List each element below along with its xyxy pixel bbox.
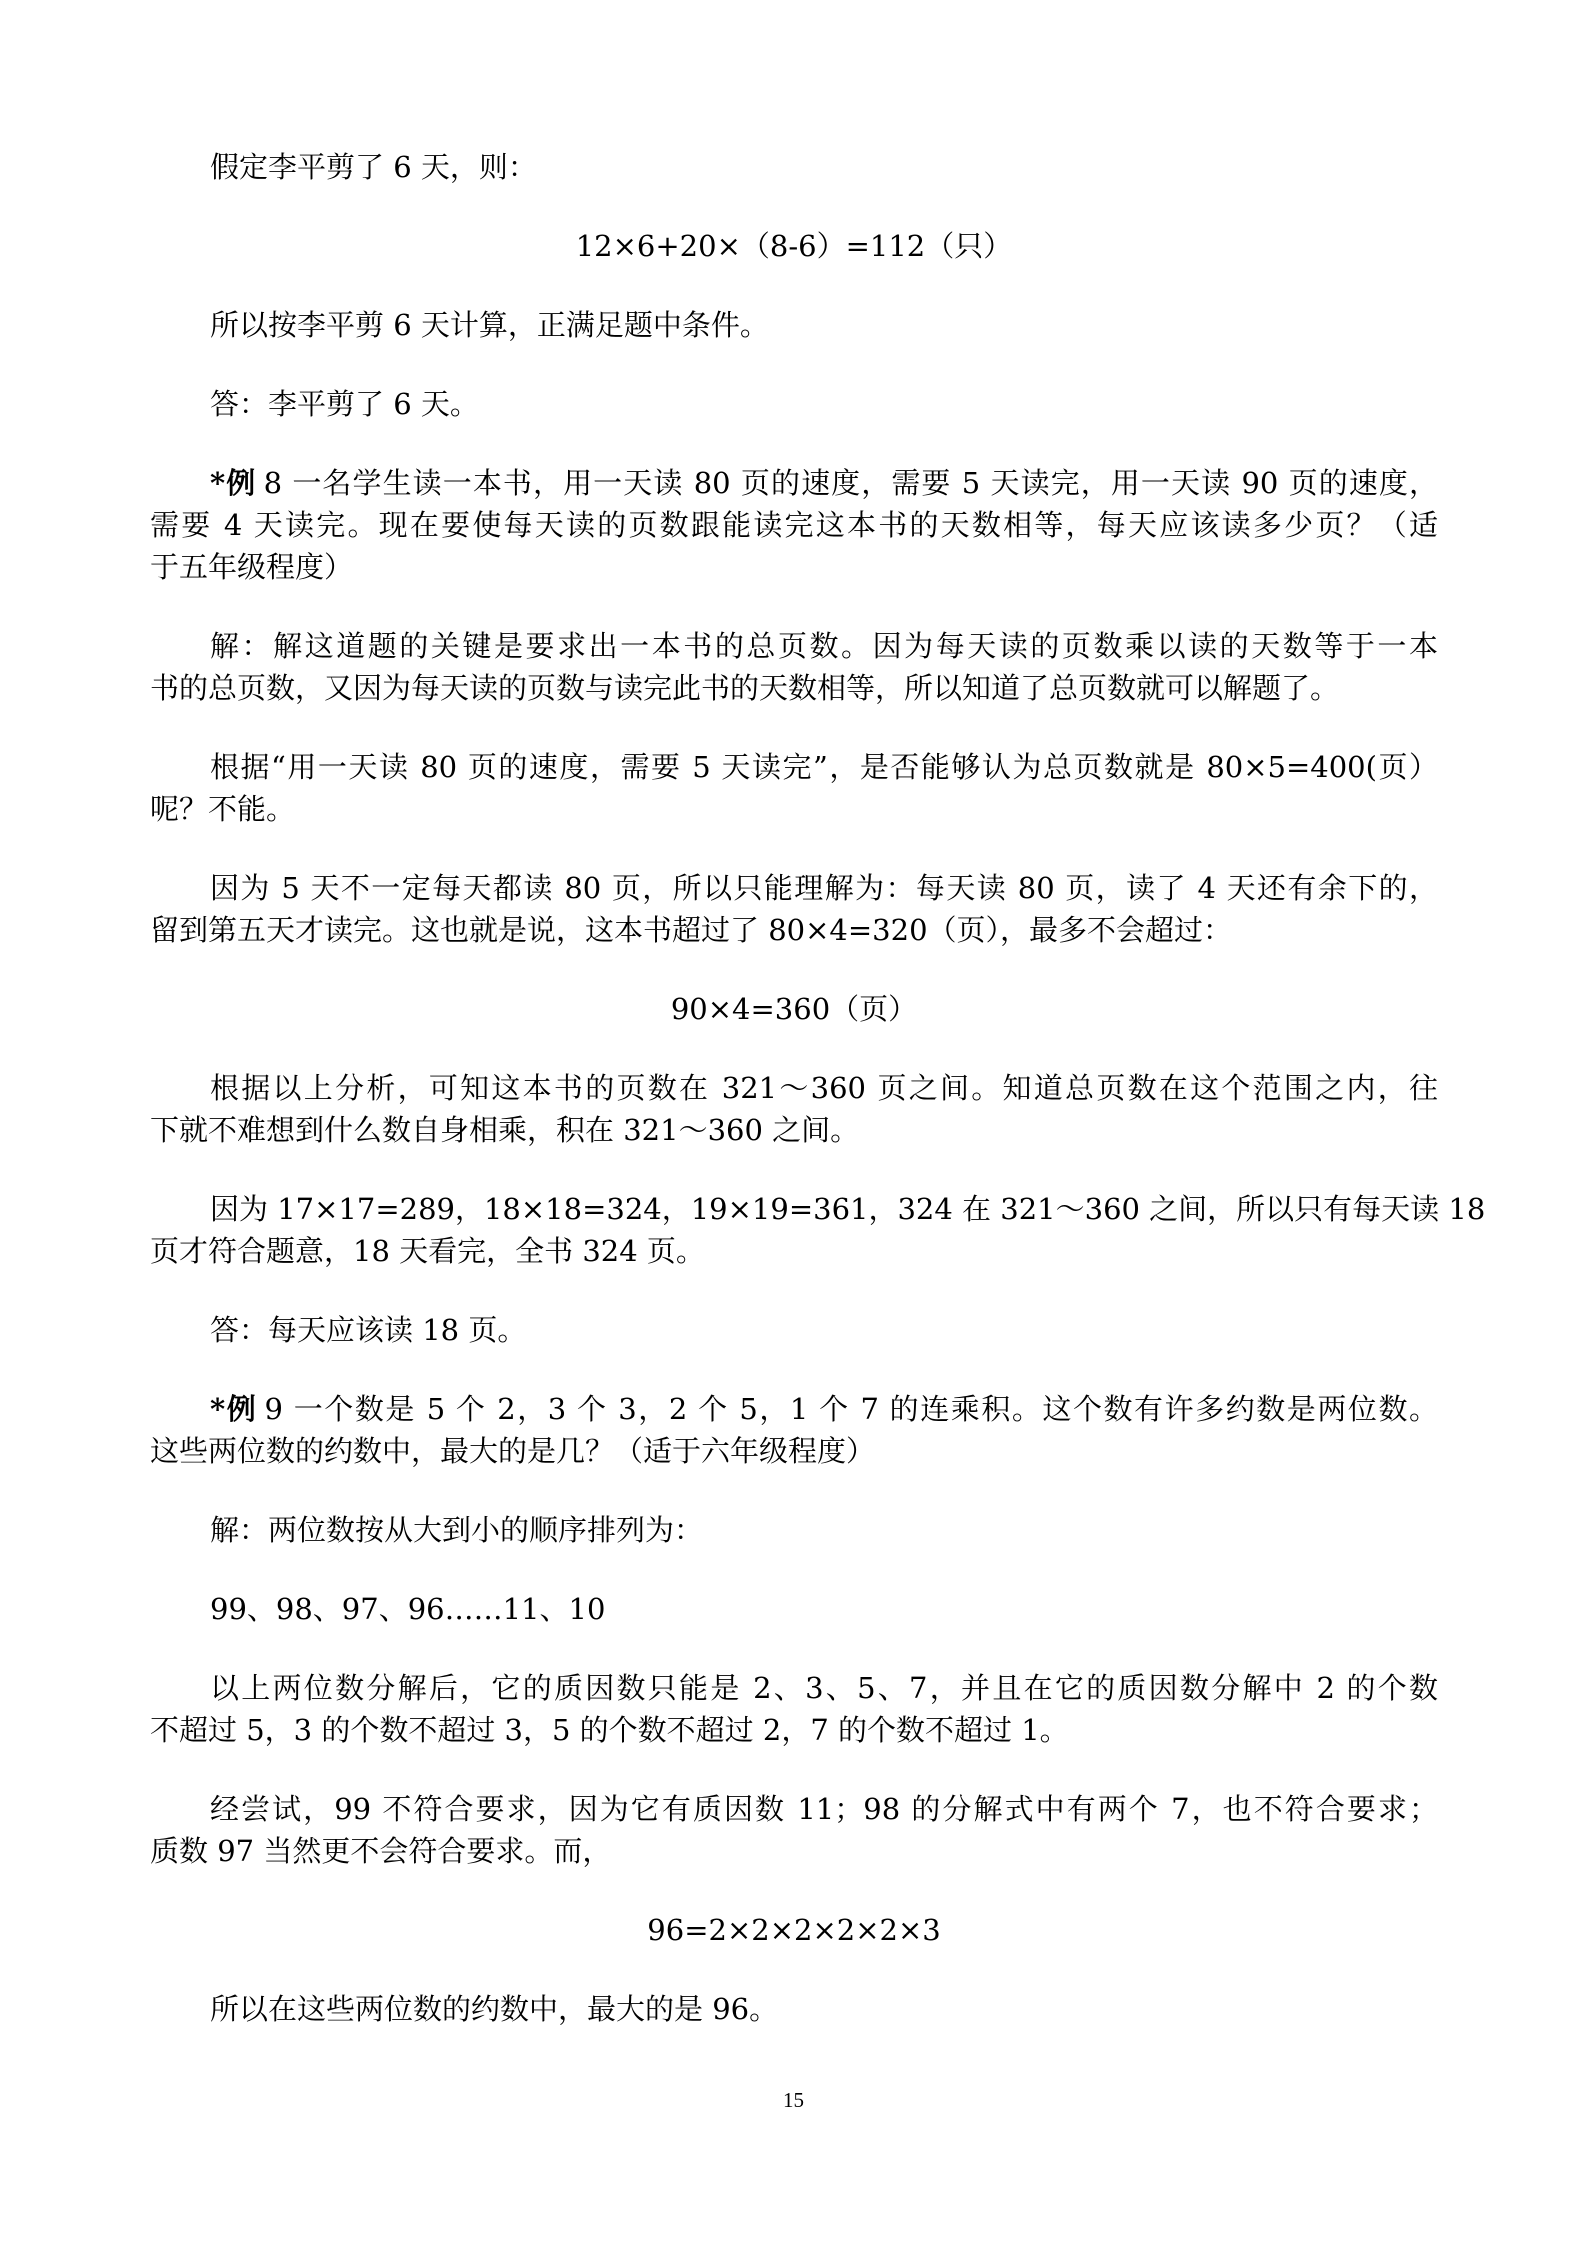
- paragraph: 所以按李平剪 6 天计算，正满足题中条件。: [150, 304, 1438, 346]
- example-label: *例: [210, 1392, 257, 1426]
- text-line: 假定李平剪了 6 天，则：: [150, 146, 1438, 188]
- text-line: 99、98、97、96……11、10: [150, 1588, 1438, 1630]
- paragraph: 经尝试，99 不符合要求，因为它有质因数 11；98 的分解式中有两个 7，也不…: [150, 1788, 1438, 1872]
- number-sequence: 99、98、97、96……11、10: [150, 1588, 1438, 1630]
- text-line: 解：两位数按从大到小的顺序排列为：: [150, 1509, 1438, 1551]
- text-line: 不超过 5，3 的个数不超过 3，5 的个数不超过 2，7 的个数不超过 1。: [150, 1709, 1438, 1751]
- formula-line: 90×4=360（页）: [150, 988, 1438, 1030]
- text-line: 根据以上分析，可知这本书的页数在 321～360 页之间。知道总页数在这个范围之…: [150, 1067, 1438, 1109]
- text-line: *例9 一个数是 5 个 2，3 个 3，2 个 5，1 个 7 的连乘积。这个…: [150, 1388, 1438, 1430]
- formula-line: 96=2×2×2×2×2×3: [150, 1909, 1438, 1951]
- text-line: 页才符合题意，18 天看完，全书 324 页。: [150, 1230, 1438, 1272]
- paragraph: 根据以上分析，可知这本书的页数在 321～360 页之间。知道总页数在这个范围之…: [150, 1067, 1438, 1151]
- answer-paragraph: 答：李平剪了 6 天。: [150, 383, 1438, 425]
- example-label: *例: [210, 466, 256, 500]
- text-line: 留到第五天才读完。这也就是说，这本书超过了 80×4=320（页），最多不会超过…: [150, 909, 1438, 951]
- paragraph: 因为 5 天不一定每天都读 80 页，所以只能理解为：每天读 80 页，读了 4…: [150, 867, 1438, 951]
- text-line: 答：每天应该读 18 页。: [150, 1309, 1438, 1351]
- text-line: 解：解这道题的关键是要求出一本书的总页数。因为每天读的页数乘以读的天数等于一本: [150, 625, 1438, 667]
- text-line: 所以在这些两位数的约数中，最大的是 96。: [150, 1988, 1438, 2030]
- text-line: 所以按李平剪 6 天计算，正满足题中条件。: [150, 304, 1438, 346]
- paragraph: 所以在这些两位数的约数中，最大的是 96。: [150, 1988, 1438, 2030]
- page-body: 假定李平剪了 6 天，则： 12×6+20×（8-6）=112（只） 所以按李平…: [150, 146, 1438, 2067]
- paragraph: 根据“用一天读 80 页的速度，需要 5 天读完”，是否能够认为总页数就是 80…: [150, 746, 1438, 830]
- text-line: 以上两位数分解后，它的质因数只能是 2、3、5、7，并且在它的质因数分解中 2 …: [150, 1667, 1438, 1709]
- text-line: 因为 5 天不一定每天都读 80 页，所以只能理解为：每天读 80 页，读了 4…: [150, 867, 1438, 909]
- page-number: 15: [0, 2087, 1587, 2113]
- formula-line: 12×6+20×（8-6）=112（只）: [150, 225, 1438, 267]
- text-span: 9 一个数是 5 个 2，3 个 3，2 个 5，1 个 7 的连乘积。这个数有…: [265, 1392, 1438, 1426]
- paragraph: 解：解这道题的关键是要求出一本书的总页数。因为每天读的页数乘以读的天数等于一本 …: [150, 625, 1438, 709]
- text-line: 根据“用一天读 80 页的速度，需要 5 天读完”，是否能够认为总页数就是 80…: [150, 746, 1438, 788]
- text-line: 质数 97 当然更不会符合要求。而，: [150, 1830, 1438, 1872]
- text-line: 需要 4 天读完。现在要使每天读的页数跟能读完这本书的天数相等，每天应该读多少页…: [150, 504, 1438, 546]
- text-line: 这些两位数的约数中，最大的是几？（适于六年级程度）: [150, 1430, 1438, 1472]
- answer-paragraph: 答：每天应该读 18 页。: [150, 1309, 1438, 1351]
- text-line: 于五年级程度）: [150, 546, 1438, 588]
- formula: 90×4=360（页）: [150, 988, 1438, 1030]
- paragraph: 以上两位数分解后，它的质因数只能是 2、3、5、7，并且在它的质因数分解中 2 …: [150, 1667, 1438, 1751]
- paragraph: 因为 17×17=289，18×18=324，19×19=361，324 在 3…: [150, 1188, 1438, 1272]
- paragraph: 解：两位数按从大到小的顺序排列为：: [150, 1509, 1438, 1551]
- text-line: 答：李平剪了 6 天。: [150, 383, 1438, 425]
- formula: 96=2×2×2×2×2×3: [150, 1909, 1438, 1951]
- example-9-paragraph: *例9 一个数是 5 个 2，3 个 3，2 个 5，1 个 7 的连乘积。这个…: [150, 1388, 1438, 1472]
- text-line: 经尝试，99 不符合要求，因为它有质因数 11；98 的分解式中有两个 7，也不…: [150, 1788, 1438, 1830]
- text-line: 呢？不能。: [150, 788, 1438, 830]
- paragraph: 假定李平剪了 6 天，则：: [150, 146, 1438, 188]
- example-8-paragraph: *例8 一名学生读一本书，用一天读 80 页的速度，需要 5 天读完，用一天读 …: [150, 462, 1438, 588]
- text-line: 下就不难想到什么数自身相乘，积在 321～360 之间。: [150, 1109, 1438, 1151]
- formula: 12×6+20×（8-6）=112（只）: [150, 225, 1438, 267]
- text-line: 因为 17×17=289，18×18=324，19×19=361，324 在 3…: [150, 1188, 1438, 1230]
- text-line: *例8 一名学生读一本书，用一天读 80 页的速度，需要 5 天读完，用一天读 …: [150, 462, 1438, 504]
- text-line: 书的总页数，又因为每天读的页数与读完此书的天数相等，所以知道了总页数就可以解题了…: [150, 667, 1438, 709]
- text-span: 8 一名学生读一本书，用一天读 80 页的速度，需要 5 天读完，用一天读 90…: [264, 466, 1438, 500]
